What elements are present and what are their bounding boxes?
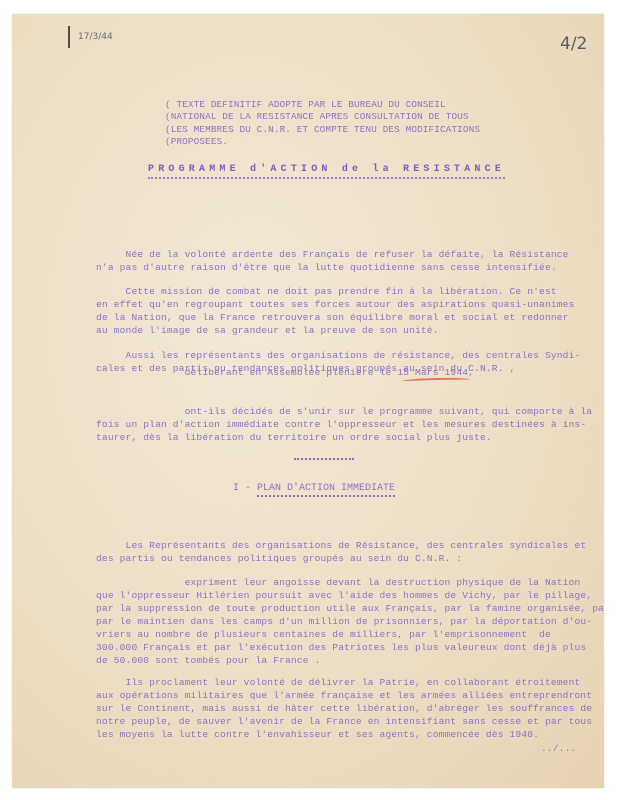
intro-paragraph-3: Aussi les représentants des organisation… (96, 336, 580, 388)
text-line: expriment leur angoisse devant la destru… (96, 576, 604, 589)
text-line: les moyens la lutte contre l'envahisseur… (96, 728, 592, 741)
header-note-line: ( TEXTE DEFINITIF ADOPTE PAR LE BUREAU D… (165, 99, 480, 112)
header-note-line: (LES MEMBRES DU C.N.R. ET COMPTE TENU DE… (165, 124, 480, 137)
section-heading: I - PLAN D'ACTION IMMEDIATE (233, 483, 395, 494)
section-paragraph-3: Ils proclament leur volonté de délivrer … (96, 663, 592, 754)
text-line: par le maintien dans les camps d'un mill… (96, 615, 604, 628)
text-line: Née de la volonté ardente des Français d… (96, 248, 569, 261)
section-divider (294, 458, 354, 460)
text-line: 300.000 Français et par l'exécution des … (96, 641, 604, 654)
text-line: de la Nation, que la France retrouvera s… (96, 311, 574, 324)
section-title: PLAN D'ACTION IMMEDIATE (257, 483, 395, 497)
text-line: fois un plan d'action immédiate contre l… (96, 418, 592, 431)
text-line: que l'oppresseur Hitlérien poursuit avec… (96, 589, 604, 602)
folio-number: 4/2 (560, 34, 587, 54)
text-line: Aussi les représentants des organisation… (96, 349, 580, 362)
header-note: ( TEXTE DEFINITIF ADOPTE PAR LE BUREAU D… (165, 86, 480, 161)
continuation-mark: ../... (541, 742, 576, 755)
handwritten-date: 17/3/44 (78, 32, 113, 42)
section-number: I - (233, 483, 257, 494)
text-line: Cette mission de combat ne doit pas pren… (96, 285, 574, 298)
header-note-line: (PROPOSEES. (165, 136, 480, 149)
intro-paragraph-5: ont-ils décidés de s'unir sur le program… (96, 392, 592, 457)
text-line: taurer, dès la libération du territoire … (96, 431, 592, 444)
text-line: Ils proclament leur volonté de délivrer … (96, 676, 592, 689)
text-line: vriers au nombre de plusieurs centaines … (96, 628, 604, 641)
text-line: aux opérations militaires que l'armée fr… (96, 689, 592, 702)
text-line: en effet qu'en regroupant toutes ses for… (96, 298, 574, 311)
text-line: ont-ils décidés de s'unir sur le program… (96, 405, 592, 418)
text-line: Les Représentants des organisations de R… (96, 539, 586, 552)
text-line: par la suppression de toute production u… (96, 602, 604, 615)
margin-pencil-mark (68, 26, 70, 48)
text-line: sur le Continent, mais aussi de hâter ce… (96, 702, 592, 715)
text-line: notre peuple, de sauver l'avenir de la F… (96, 715, 592, 728)
assembly-date-line: délibérant en Assemblée plénière le 15 M… (96, 366, 474, 379)
header-note-line: (NATIONAL DE LA RESISTANCE APRES CONSULT… (165, 111, 480, 124)
document-title: PROGRAMME d'ACTION de la RESISTANCE (148, 164, 505, 179)
